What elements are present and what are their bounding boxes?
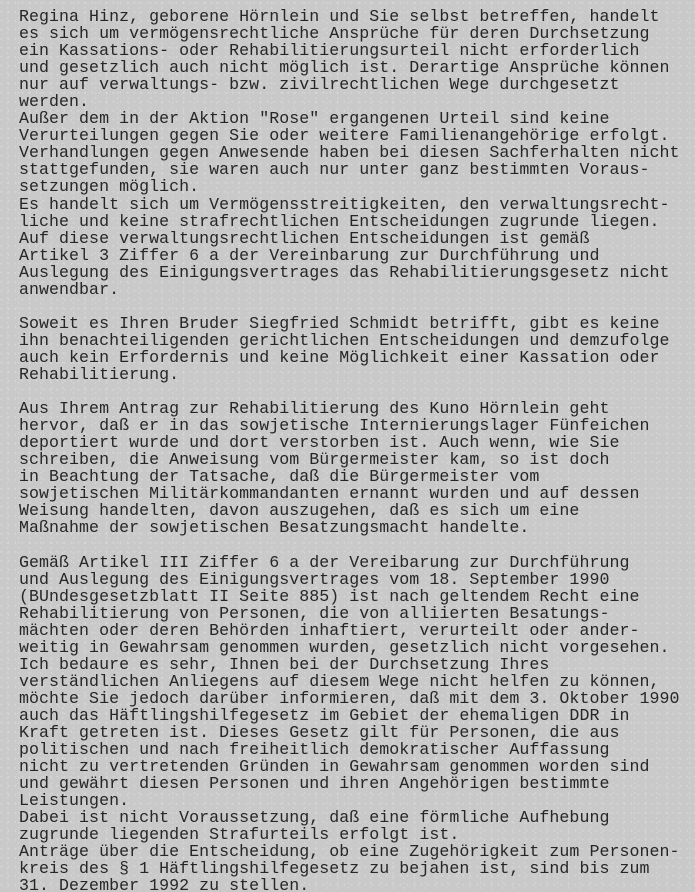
text-line: politischen und nach freiheitlich demokr… — [19, 741, 695, 758]
paragraph-1: Regina Hinz, geborene Hörnlein und Sie s… — [19, 8, 695, 298]
text-line: auch das Häftlingshilfegesetz im Gebiet … — [19, 707, 695, 724]
text-line: anwendbar. — [19, 281, 695, 298]
text-line: und gewährt diesen Personen und ihren An… — [19, 775, 695, 792]
text-line: möchte Sie jedoch darüber informieren, d… — [19, 690, 695, 707]
text-line: 31. Dezember 1992 zu stellen. — [19, 877, 695, 892]
text-line: ein Kassations- oder Rehabilitierungsurt… — [19, 42, 695, 59]
text-line: auch kein Erfordernis und keine Möglichk… — [19, 349, 695, 366]
text-line: zugrunde liegenden Strafurteils erfolgt … — [19, 826, 695, 843]
text-line: Kraft getreten ist. Dieses Gesetz gilt f… — [19, 724, 695, 741]
text-line: stattgefunden, sie waren auch nur unter … — [19, 161, 695, 178]
text-line: ihn benachteiligenden gerichtlichen Ents… — [19, 332, 695, 349]
text-line: Anträge über die Entscheidung, ob eine Z… — [19, 843, 695, 860]
text-line: Außer dem in der Aktion "Rose" ergangene… — [19, 110, 695, 127]
text-line: Ich bedaure es sehr, Ihnen bei der Durch… — [19, 656, 695, 673]
text-line: es sich um vermögensrechtliche Ansprüche… — [19, 25, 695, 42]
text-line: (BUndesgesetzblatt II Seite 885) ist nac… — [19, 588, 695, 605]
text-line: sowjetischen Militärkommandanten ernannt… — [19, 485, 695, 502]
text-line: Auslegung des Einigungsvertrages das Reh… — [19, 264, 695, 281]
text-line: Auf diese verwaltungsrechtlichen Entsche… — [19, 230, 695, 247]
text-line: mächten oder deren Behörden inhaftiert, … — [19, 622, 695, 639]
text-line: und gesetzlich auch nicht möglich ist. D… — [19, 59, 695, 76]
text-line: Regina Hinz, geborene Hörnlein und Sie s… — [19, 8, 695, 25]
text-line: Gemäß Artikel III Ziffer 6 a der Vereiba… — [19, 554, 695, 571]
text-line: nur auf verwaltungs- bzw. zivilrechtlich… — [19, 76, 695, 93]
text-line: in Beachtung der Tatsache, daß die Bürge… — [19, 468, 695, 485]
text-line: verständlichen Anliegens auf diesem Wege… — [19, 673, 695, 690]
text-line: Verhandlungen gegen Anwesende haben bei … — [19, 144, 695, 161]
text-line: Weisung handelten, davon auszugehen, daß… — [19, 502, 695, 519]
paragraph-spacer — [19, 383, 695, 400]
text-line: Artikel 3 Ziffer 6 a der Vereinbarung zu… — [19, 247, 695, 264]
text-line: hervor, daß er in das sowjetische Intern… — [19, 417, 695, 434]
text-line: und Auslegung des Einigungsvertrages vom… — [19, 571, 695, 588]
paragraph-2: Soweit es Ihren Bruder Siegfried Schmidt… — [19, 315, 695, 383]
text-line: Aus Ihrem Antrag zur Rehabilitierung des… — [19, 400, 695, 417]
text-line: Rehabilitierung von Personen, die von al… — [19, 605, 695, 622]
text-line: weitig in Gewahrsam genommen wurden, ges… — [19, 639, 695, 656]
text-line: liche und keine strafrechtlichen Entsche… — [19, 213, 695, 230]
text-line: werden. — [19, 93, 695, 110]
text-line: kreis des § 1 Häftlingshilfegesetz zu be… — [19, 860, 695, 877]
text-line: Es handelt sich um Vermögensstreitigkeit… — [19, 196, 695, 213]
scanned-letter-page: Regina Hinz, geborene Hörnlein und Sie s… — [0, 0, 695, 892]
text-line: Soweit es Ihren Bruder Siegfried Schmidt… — [19, 315, 695, 332]
text-line: setzungen möglich. — [19, 178, 695, 195]
paragraph-4: Gemäß Artikel III Ziffer 6 a der Vereiba… — [19, 554, 695, 892]
text-line: deportiert wurde und dort verstorben ist… — [19, 434, 695, 451]
text-line: Dabei ist nicht Voraussetzung, daß eine … — [19, 809, 695, 826]
text-line: Rehabilitierung. — [19, 366, 695, 383]
paragraph-spacer — [19, 298, 695, 315]
text-line: Verurteilungen gegen Sie oder weitere Fa… — [19, 127, 695, 144]
paragraph-3: Aus Ihrem Antrag zur Rehabilitierung des… — [19, 400, 695, 536]
text-line: Maßnahme der sowjetischen Besatzungsmach… — [19, 519, 695, 536]
letter-body: Regina Hinz, geborene Hörnlein und Sie s… — [19, 8, 695, 892]
text-line: schreiben, die Anweisung vom Bürgermeist… — [19, 451, 695, 468]
text-line: nicht zu vertretenden Gründen in Gewahrs… — [19, 758, 695, 775]
text-line: Leistungen. — [19, 792, 695, 809]
paragraph-spacer — [19, 536, 695, 553]
